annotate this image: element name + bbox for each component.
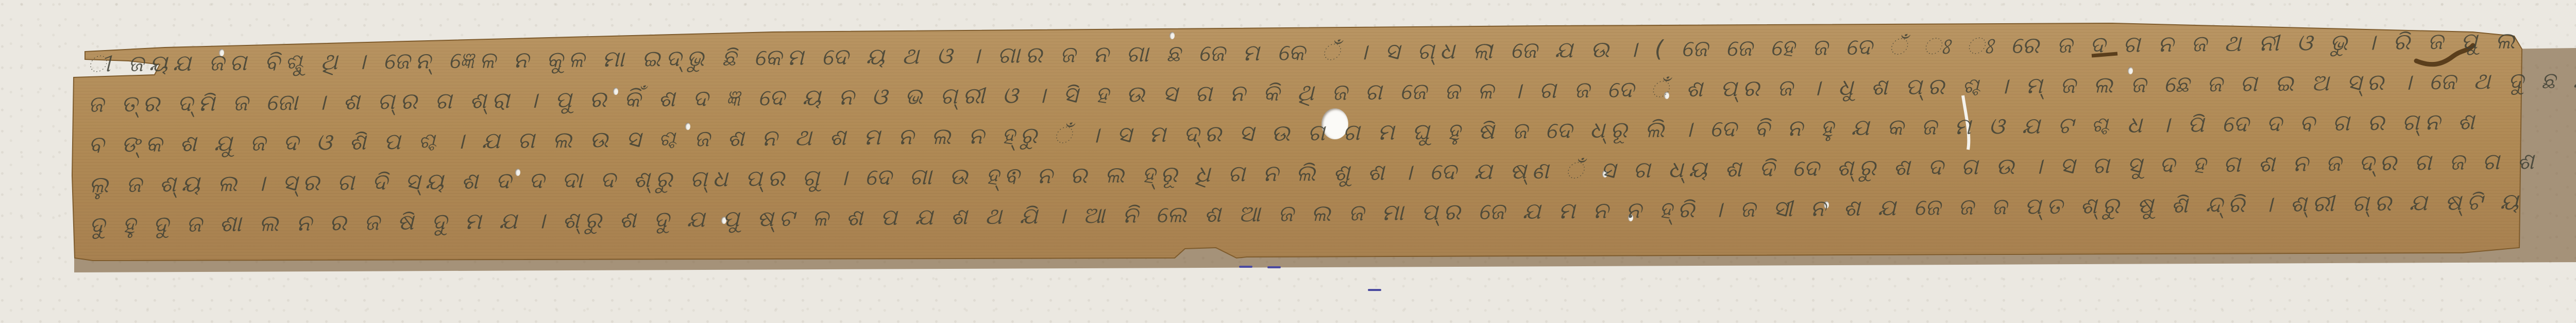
blue-mark [1368,289,1381,291]
manuscript-text: ୀ ଜୟଯ ଜଗ ବିଶ୍ଚୁ ଥି । ଜେନ୍ ଜ୍ଞେଳ ନ କୁଳ ମା… [88,26,2511,266]
blue-mark [1239,266,1252,268]
palm-leaf-folio: ୀ ଜୟଯ ଜଗ ବିଶ୍ଚୁ ଥି । ଜେନ୍ ଜ୍ଞେଳ ନ କୁଳ ମା… [0,0,2576,323]
blue-mark [1267,266,1281,268]
